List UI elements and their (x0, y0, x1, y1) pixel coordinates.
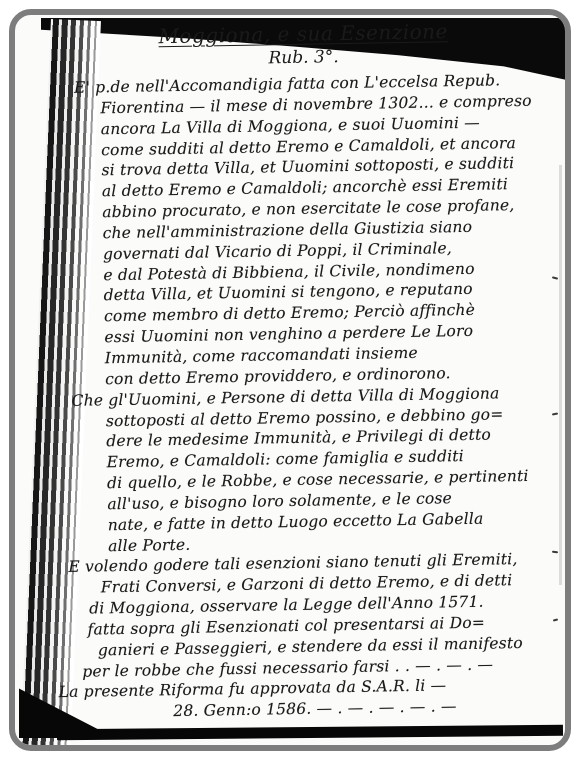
manuscript-text-block: Moggiona, e sua Esenzione Rub. 3°. E' p.… (59, 16, 559, 724)
scan-bottom-edge-shadow (57, 725, 563, 740)
manuscript-lines: E' p.de nell'Accomandigia fatta con L'ec… (60, 69, 559, 724)
margin-speck (552, 276, 558, 279)
document-scan-view: { "colors":{ "frame_border":"#7d7d7d", "… (0, 0, 580, 760)
paper-right-edge (559, 165, 562, 585)
scan-frame: Moggiona, e sua Esenzione Rub. 3°. E' p.… (9, 9, 571, 751)
